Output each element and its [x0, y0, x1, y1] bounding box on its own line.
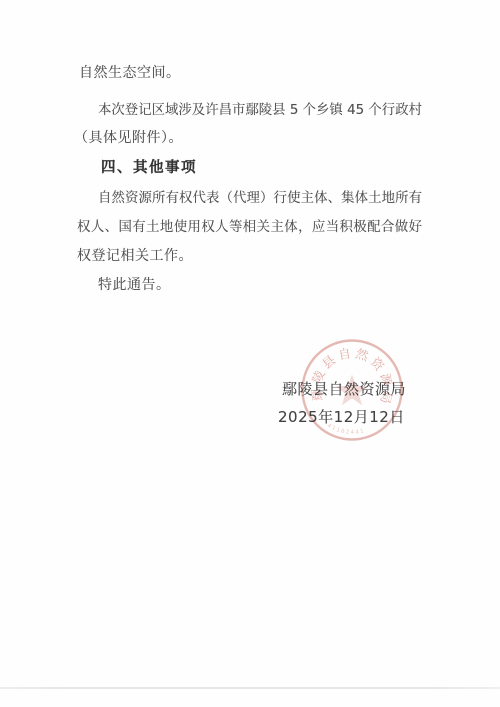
closing-line: 特此通告。: [98, 274, 171, 294]
paragraph-scope-line2: （具体见附件）。: [74, 127, 183, 147]
scan-edge-line: [0, 687, 500, 689]
signature-organization: 鄢陵县自然资源局: [282, 378, 406, 399]
paragraph-other-line3: 权登记相关工作。: [77, 245, 193, 265]
document-page: 自然生态空间。 本次登记区域涉及许昌市鄢陵县 5 个乡镇 45 个行政村 （具体…: [0, 0, 500, 707]
paragraph-other-line2: 权人、国有土地使用权人等相关主体，应当积极配合做好确: [77, 216, 422, 236]
signature-date: 2025年12月12日: [278, 406, 405, 427]
section-heading: 四、其他事项: [101, 156, 197, 177]
paragraph-scope-line1: 本次登记区域涉及许昌市鄢陵县 5 个乡镇 45 个行政村: [98, 99, 422, 118]
seal-arc-text: 鄢陵县自然资源局: [308, 345, 395, 409]
paragraph-overflow-line: 自然生态空间。: [79, 62, 181, 82]
paragraph-other-line1: 自然资源所有权代表（代理）行使主体、集体土地所有: [98, 187, 422, 206]
